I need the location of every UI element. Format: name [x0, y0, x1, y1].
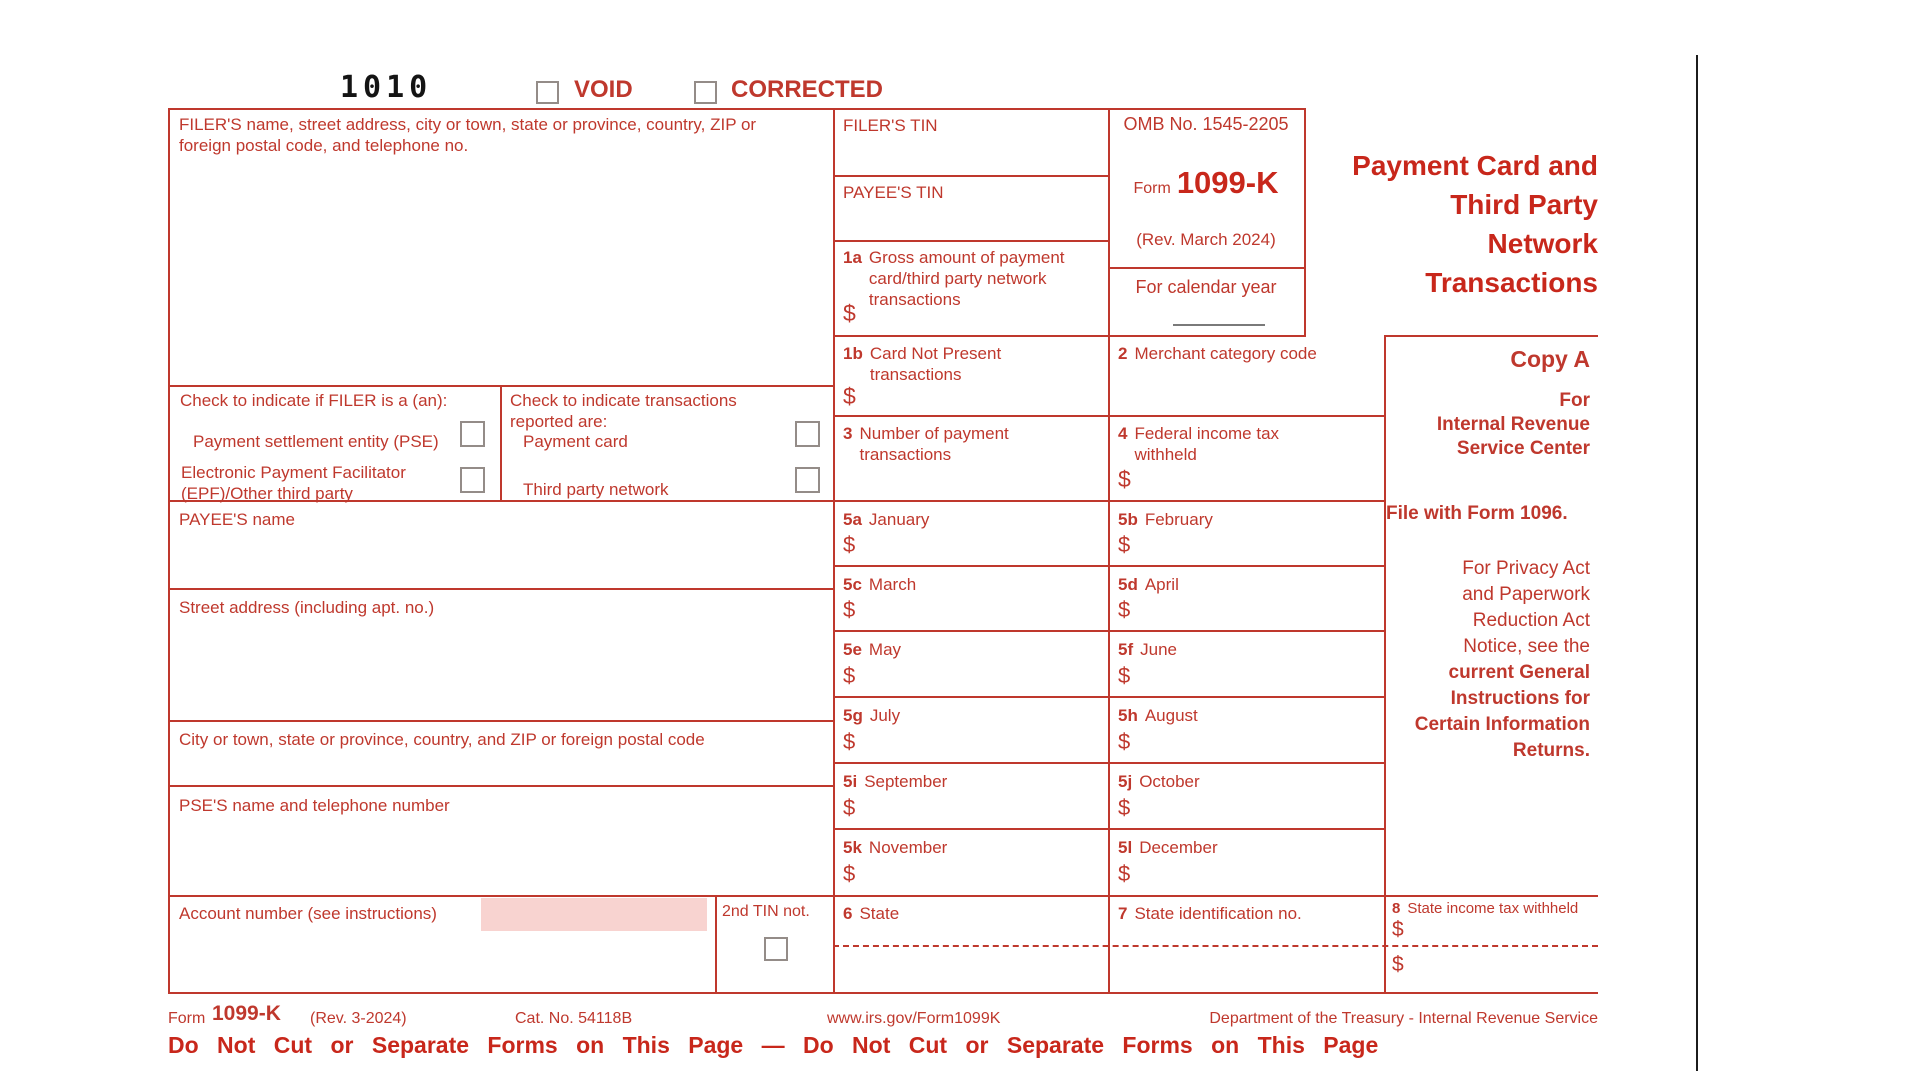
box-1a-dollar-sign: $ — [843, 302, 856, 325]
copy-a-line: For — [1388, 389, 1590, 413]
box-5h-august: 5h August — [1118, 705, 1198, 726]
box-label: Card Not Present transactions — [870, 343, 1032, 385]
pse-checkbox-label: Payment settlement entity (PSE) — [193, 431, 439, 452]
box-3-label: 3 Number of payment transactions — [843, 423, 1035, 465]
box-4-label: 4 Federal income tax withheld — [1118, 423, 1300, 465]
border-line — [168, 108, 1306, 110]
revision-label: (Rev. March 2024) — [1108, 230, 1304, 250]
footer-form-number: 1099-K — [212, 1004, 281, 1024]
privacy-line: Reduction Act — [1384, 608, 1590, 634]
footer-revision: (Rev. 3-2024) — [310, 1009, 407, 1029]
dollar-sign: $ — [843, 598, 855, 621]
box-5g-july: 5g July — [843, 705, 900, 726]
privacy-line: current General — [1384, 660, 1590, 686]
box-5d-april: 5d April — [1118, 574, 1179, 595]
privacy-line: Notice, see the — [1384, 634, 1590, 660]
border-line — [715, 895, 717, 994]
box-number: 5a — [843, 509, 862, 530]
box-number: 8 — [1392, 900, 1400, 918]
check-filer-heading: Check to indicate if FILER is a (an): — [180, 390, 447, 411]
copy-a-label: Copy A — [1388, 346, 1590, 373]
border-line — [1108, 267, 1306, 269]
privacy-line: For Privacy Act — [1384, 556, 1590, 582]
box-label: May — [869, 639, 901, 660]
calendar-year-label: For calendar year — [1108, 277, 1304, 298]
footer-cat-no: Cat. No. 54118B — [515, 1009, 632, 1029]
box-number: 3 — [843, 423, 852, 465]
calendar-year-blank — [1173, 324, 1265, 326]
box-number: 4 — [1118, 423, 1127, 465]
privacy-line: and Paperwork — [1384, 582, 1590, 608]
privacy-line: Certain Information — [1384, 712, 1590, 738]
box-label: April — [1145, 574, 1179, 595]
page-cut-line — [1696, 55, 1698, 1071]
box-label: December — [1139, 837, 1217, 858]
dollar-sign: $ — [843, 533, 855, 556]
box-8-label: 8 State income tax withheld — [1392, 900, 1587, 918]
box-8-dollar-sign: $ — [1392, 918, 1404, 941]
payee-name-label: PAYEE'S name — [179, 509, 295, 530]
border-line — [1384, 335, 1598, 337]
box-5l-december: 5l December — [1118, 837, 1218, 858]
dollar-sign: $ — [1118, 796, 1130, 819]
box-label: February — [1145, 509, 1213, 530]
dollar-sign: $ — [1118, 862, 1130, 885]
state-row-dashed-line — [833, 945, 1598, 947]
form-title-line: Network — [1298, 224, 1598, 263]
box-1b-dollar-sign: $ — [843, 385, 856, 408]
box-number: 6 — [843, 903, 852, 924]
border-line — [168, 720, 835, 722]
third-party-checkbox-label: Third party network — [523, 479, 669, 500]
form-title-line: Third Party — [1298, 185, 1598, 224]
border-line — [168, 108, 170, 994]
box-6-label: 6 State — [843, 903, 899, 924]
account-number-label: Account number (see instructions) — [179, 903, 437, 924]
box-number: 1b — [843, 343, 863, 385]
form-1099k-page: 1010 VOID CORRECTED FILER'S name, street… — [0, 0, 1920, 1080]
do-not-cut-banner: Do Not Cut or Separate Forms on This Pag… — [168, 1032, 1608, 1059]
box-label: Number of payment transactions — [859, 423, 1035, 465]
void-checkbox[interactable] — [536, 81, 559, 104]
box-number: 5h — [1118, 705, 1138, 726]
box-number: 5f — [1118, 639, 1133, 660]
privacy-line: Returns. — [1384, 738, 1590, 764]
box-5e-may: 5e May — [843, 639, 901, 660]
box-number: 5e — [843, 639, 862, 660]
dollar-sign: $ — [843, 862, 855, 885]
box-number: 2 — [1118, 343, 1127, 364]
box-label: State — [859, 903, 899, 924]
border-line — [833, 175, 1110, 177]
box-5i-september: 5i September — [843, 771, 947, 792]
box-8-dollar-sign: $ — [1392, 953, 1404, 976]
city-label: City or town, state or province, country… — [179, 729, 829, 750]
box-label: August — [1145, 705, 1198, 726]
box-5f-june: 5f June — [1118, 639, 1177, 660]
box-label: June — [1140, 639, 1177, 660]
privacy-line: Instructions for — [1384, 686, 1590, 712]
pse-name-label: PSE'S name and telephone number — [179, 795, 450, 816]
box-number: 7 — [1118, 903, 1127, 924]
street-address-label: Street address (including apt. no.) — [179, 597, 434, 618]
second-tin-checkbox[interactable] — [764, 937, 788, 961]
box-label: March — [869, 574, 916, 595]
transactions-heading: Check to indicate transactions reported … — [510, 390, 762, 432]
form-title-line: Transactions — [1298, 263, 1598, 302]
payment-card-checkbox[interactable] — [795, 421, 820, 447]
footer-url: www.irs.gov/Form1099K — [827, 1009, 1000, 1029]
payment-card-checkbox-label: Payment card — [523, 431, 628, 452]
box-2-label: 2 Merchant category code — [1118, 343, 1374, 364]
epf-checkbox-label: Electronic Payment Facilitator (EPF)/Oth… — [181, 462, 419, 504]
form-number: 1099-K — [1177, 165, 1279, 201]
box-number: 5j — [1118, 771, 1132, 792]
pse-checkbox[interactable] — [460, 421, 485, 447]
form-print-code: 1010 — [340, 70, 432, 105]
box-label: Gross amount of payment card/third party… — [869, 247, 1085, 310]
dollar-sign: $ — [1118, 598, 1130, 621]
copy-a-line: Service Center — [1388, 437, 1590, 461]
box-label: September — [864, 771, 947, 792]
box-number: 5d — [1118, 574, 1138, 595]
copy-a-line: Internal Revenue — [1388, 413, 1590, 437]
box-number: 5g — [843, 705, 863, 726]
border-line — [833, 335, 1306, 337]
corrected-label: CORRECTED — [731, 77, 883, 103]
second-tin-label: 2nd TIN not. — [722, 901, 828, 922]
filer-tin-label: FILER'S TIN — [843, 115, 938, 136]
dollar-sign: $ — [843, 796, 855, 819]
dollar-sign: $ — [1118, 730, 1130, 753]
footer-department: Department of the Treasury - Internal Re… — [1098, 1009, 1598, 1029]
box-label: Federal income tax withheld — [1134, 423, 1300, 465]
box-label: January — [869, 509, 929, 530]
account-number-field[interactable] — [481, 898, 707, 931]
box-label: October — [1139, 771, 1199, 792]
border-line — [833, 240, 1110, 242]
box-number: 5c — [843, 574, 862, 595]
box-4-dollar-sign: $ — [1118, 468, 1131, 491]
box-number: 5l — [1118, 837, 1132, 858]
dollar-sign: $ — [1118, 533, 1130, 556]
corrected-checkbox[interactable] — [694, 81, 717, 104]
form-word: Form — [1133, 180, 1170, 198]
box-5b-february: 5b February — [1118, 509, 1213, 530]
form-title-line: Payment Card and — [1298, 146, 1598, 185]
box-7-label: 7 State identification no. — [1118, 903, 1302, 924]
dollar-sign: $ — [843, 730, 855, 753]
epf-checkbox[interactable] — [460, 467, 485, 493]
box-label: November — [869, 837, 947, 858]
privacy-act-notice: For Privacy Act and Paperwork Reduction … — [1384, 556, 1590, 764]
border-line — [168, 588, 835, 590]
border-line — [168, 785, 835, 787]
box-label: July — [870, 705, 900, 726]
copy-a-recipient: For Internal Revenue Service Center — [1388, 389, 1590, 461]
box-number: 5k — [843, 837, 862, 858]
box-label: Merchant category code — [1134, 343, 1374, 364]
box-1a-label: 1a Gross amount of payment card/third pa… — [843, 247, 1085, 310]
dollar-sign: $ — [843, 664, 855, 687]
form-title: Payment Card and Third Party Network Tra… — [1298, 146, 1598, 302]
omb-number: OMB No. 1545-2205 — [1108, 114, 1304, 135]
file-with-form-1096: File with Form 1096. — [1386, 503, 1590, 525]
box-5k-november: 5k November — [843, 837, 947, 858]
footer-form-word: Form — [168, 1009, 205, 1029]
box-5c-march: 5c March — [843, 574, 916, 595]
box-5j-october: 5j October — [1118, 771, 1200, 792]
payee-tin-label: PAYEE'S TIN — [843, 182, 944, 203]
void-label: VOID — [574, 77, 633, 103]
border-line — [833, 108, 835, 994]
third-party-checkbox[interactable] — [795, 467, 820, 493]
box-number: 5i — [843, 771, 857, 792]
border-line — [500, 385, 502, 502]
box-1b-label: 1b Card Not Present transactions — [843, 343, 1032, 385]
box-label: State identification no. — [1134, 903, 1301, 924]
box-label: State income tax withheld — [1407, 900, 1587, 918]
form-number-lockup: Form 1099-K — [1108, 165, 1304, 201]
box-number: 5b — [1118, 509, 1138, 530]
box-5a-january: 5a January — [843, 509, 929, 530]
dollar-sign: $ — [1118, 664, 1130, 687]
filer-address-label: FILER'S name, street address, city or to… — [179, 114, 791, 156]
